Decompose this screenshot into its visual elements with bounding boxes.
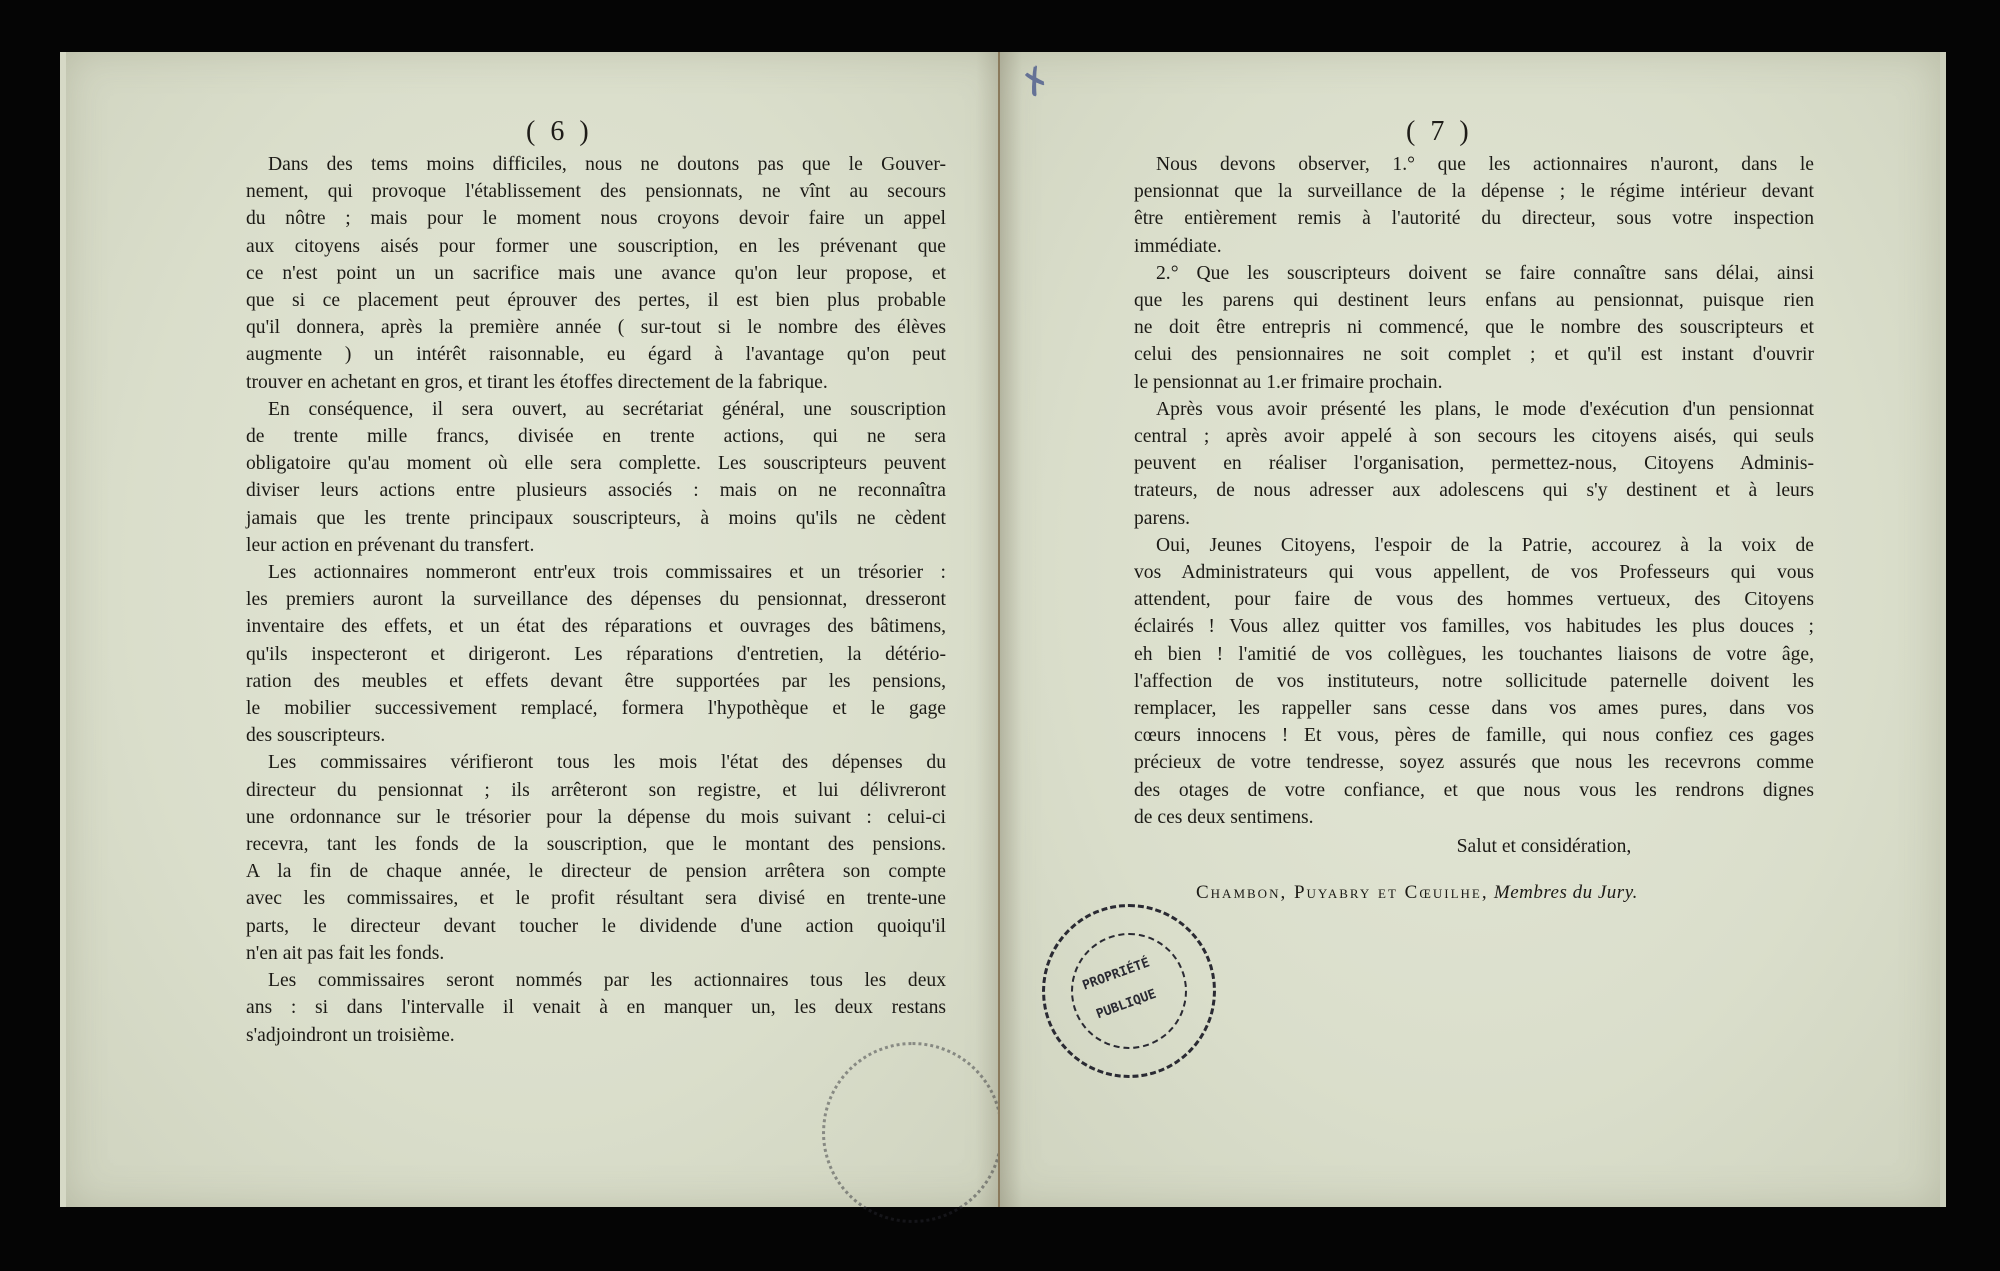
archives-stamp: PROPRIÉTÉ PUBLIQUE: [1042, 904, 1216, 1078]
text-line: ne doit être entrepris ni commencé, que …: [1134, 314, 1814, 341]
text-line: inventaire des effets, et un état des ré…: [246, 613, 946, 640]
text-line: 2.° Que les souscripteurs doivent se fai…: [1134, 260, 1814, 287]
text-line: ans : si dans l'intervalle il venait à e…: [246, 994, 946, 1021]
text-line: celui des pensionnaires ne soit complet …: [1134, 341, 1814, 368]
text-line: parens.: [1134, 505, 1814, 532]
text-line: eh bien ! l'amitié de vos collègues, les…: [1134, 641, 1814, 668]
text-line: l'affection de vos instituteurs, notre s…: [1134, 668, 1814, 695]
text-line: le mobilier successivement remplacé, for…: [246, 695, 946, 722]
text-line: ration des meubles et effets devant être…: [246, 668, 946, 695]
text-line: peuvent en réaliser l'organisation, perm…: [1134, 450, 1814, 477]
text-line: des souscripteurs.: [246, 722, 946, 749]
text-line: recevra, tant les fonds de la souscripti…: [246, 831, 946, 858]
text-line: trouver en achetant en gros, et tirant l…: [246, 369, 946, 396]
text-line: du nôtre ; mais pour le moment nous croy…: [246, 205, 946, 232]
text-line: Après vous avoir présenté les plans, le …: [1134, 396, 1814, 423]
paragraph: Les commissaires seront nommés par les a…: [246, 967, 946, 1049]
paragraph: Les actionnaires nommeront entr'eux troi…: [246, 559, 946, 749]
text-line: avec les commissaires, et le profit résu…: [246, 885, 946, 912]
paragraph: Nous devons observer, 1.° que les action…: [1134, 151, 1814, 260]
page-number-6: ( 6 ): [526, 116, 593, 148]
text-line: Les commissaires seront nommés par les a…: [246, 967, 946, 994]
paragraph: En conséquence, il sera ouvert, au secré…: [246, 396, 946, 559]
text-line: central ; après avoir appelé à son secou…: [1134, 423, 1814, 450]
text-line: Les actionnaires nommeront entr'eux troi…: [246, 559, 946, 586]
text-line: diviser leurs actions entre plusieurs as…: [246, 477, 946, 504]
signatories: Chambon, Puyabry et Cœuilhe,: [1196, 882, 1489, 903]
text-line: les premiers auront la surveillance des …: [246, 586, 946, 613]
paragraph: 2.° Que les souscripteurs doivent se fai…: [1134, 260, 1814, 396]
paragraph: Les commissaires vérifieront tous les mo…: [246, 749, 946, 967]
closing-salutation: Salut et considération,: [1134, 833, 1814, 860]
text-line: En conséquence, il sera ouvert, au secré…: [246, 396, 946, 423]
text-line: obligatoire qu'au moment où elle sera co…: [246, 450, 946, 477]
signatory-role: Membres du Jury.: [1494, 882, 1638, 903]
text-line: cœurs innocens ! Et vous, pères de famil…: [1134, 722, 1814, 749]
text-line: être entièrement remis à l'autorité du d…: [1134, 205, 1814, 232]
text-line: Oui, Jeunes Citoyens, l'espoir de la Pat…: [1134, 532, 1814, 559]
text-line: directeur du pensionnat ; ils arrêteront…: [246, 777, 946, 804]
text-line: parts, le directeur devant toucher le di…: [246, 913, 946, 940]
text-line: une ordonnance sur le trésorier pour la …: [246, 804, 946, 831]
paragraph: Dans des tems moins difficiles, nous ne …: [246, 151, 946, 396]
left-page: ( 6 ) Dans des tems moins difficiles, no…: [60, 52, 1006, 1207]
text-line: A la fin de chaque année, le directeur d…: [246, 858, 946, 885]
signature-line: Chambon, Puyabry et Cœuilhe, Membres du …: [1196, 882, 1638, 904]
text-line: pensionnat que la surveillance de la dép…: [1134, 178, 1814, 205]
left-page-body: Dans des tems moins difficiles, nous ne …: [246, 151, 946, 1049]
right-page-body: Nous devons observer, 1.° que les action…: [1134, 151, 1814, 860]
text-line: éclairés ! Vous allez quitter vos famill…: [1134, 613, 1814, 640]
text-line: que les parens qui destinent leurs enfan…: [1134, 287, 1814, 314]
right-page: ✗ ( 7 ) Nous devons observer, 1.° que le…: [1000, 52, 1946, 1207]
text-line: des otages de votre confiance, et que no…: [1134, 777, 1814, 804]
text-line: Dans des tems moins difficiles, nous ne …: [246, 151, 946, 178]
paragraph: Oui, Jeunes Citoyens, l'espoir de la Pat…: [1134, 532, 1814, 831]
text-line: attendent, pour faire de vous des hommes…: [1134, 586, 1814, 613]
text-line: qu'ils inspecteront et dirigeront. Les r…: [246, 641, 946, 668]
faded-stamp: [822, 1042, 1003, 1223]
text-line: vos Administrateurs qui vous appellent, …: [1134, 559, 1814, 586]
text-line: immédiate.: [1134, 233, 1814, 260]
text-line: trateurs, de nous adresser aux adolescen…: [1134, 477, 1814, 504]
pencil-mark-icon: ✗: [1013, 57, 1059, 106]
page-number-7: ( 7 ): [1406, 116, 1473, 148]
text-line: de trente mille francs, divisée en trent…: [246, 423, 946, 450]
text-line: ce n'est point un un sacrifice mais une …: [246, 260, 946, 287]
text-line: augmente ) un intérêt raisonnable, eu ég…: [246, 341, 946, 368]
text-line: leur action en prévenant du transfert.: [246, 532, 946, 559]
text-line: le pensionnat au 1.er frimaire prochain.: [1134, 369, 1814, 396]
text-line: nement, qui provoque l'établissement des…: [246, 178, 946, 205]
text-line: remplacer, les rappeller sans cesse dans…: [1134, 695, 1814, 722]
text-line: précieux de votre tendresse, soyez assur…: [1134, 749, 1814, 776]
text-line: que si ce placement peut éprouver des pe…: [246, 287, 946, 314]
text-line: aux citoyens aisés pour former une sousc…: [246, 233, 946, 260]
text-line: de ces deux sentimens.: [1134, 804, 1814, 831]
text-line: jamais que les trente principaux souscri…: [246, 505, 946, 532]
text-line: n'en ait pas fait les fonds.: [246, 940, 946, 967]
text-line: s'adjoindront un troisième.: [246, 1022, 946, 1049]
paragraph: Après vous avoir présenté les plans, le …: [1134, 396, 1814, 532]
text-line: Nous devons observer, 1.° que les action…: [1134, 151, 1814, 178]
text-line: qu'il donnera, après la première année (…: [246, 314, 946, 341]
text-line: Les commissaires vérifieront tous les mo…: [246, 749, 946, 776]
